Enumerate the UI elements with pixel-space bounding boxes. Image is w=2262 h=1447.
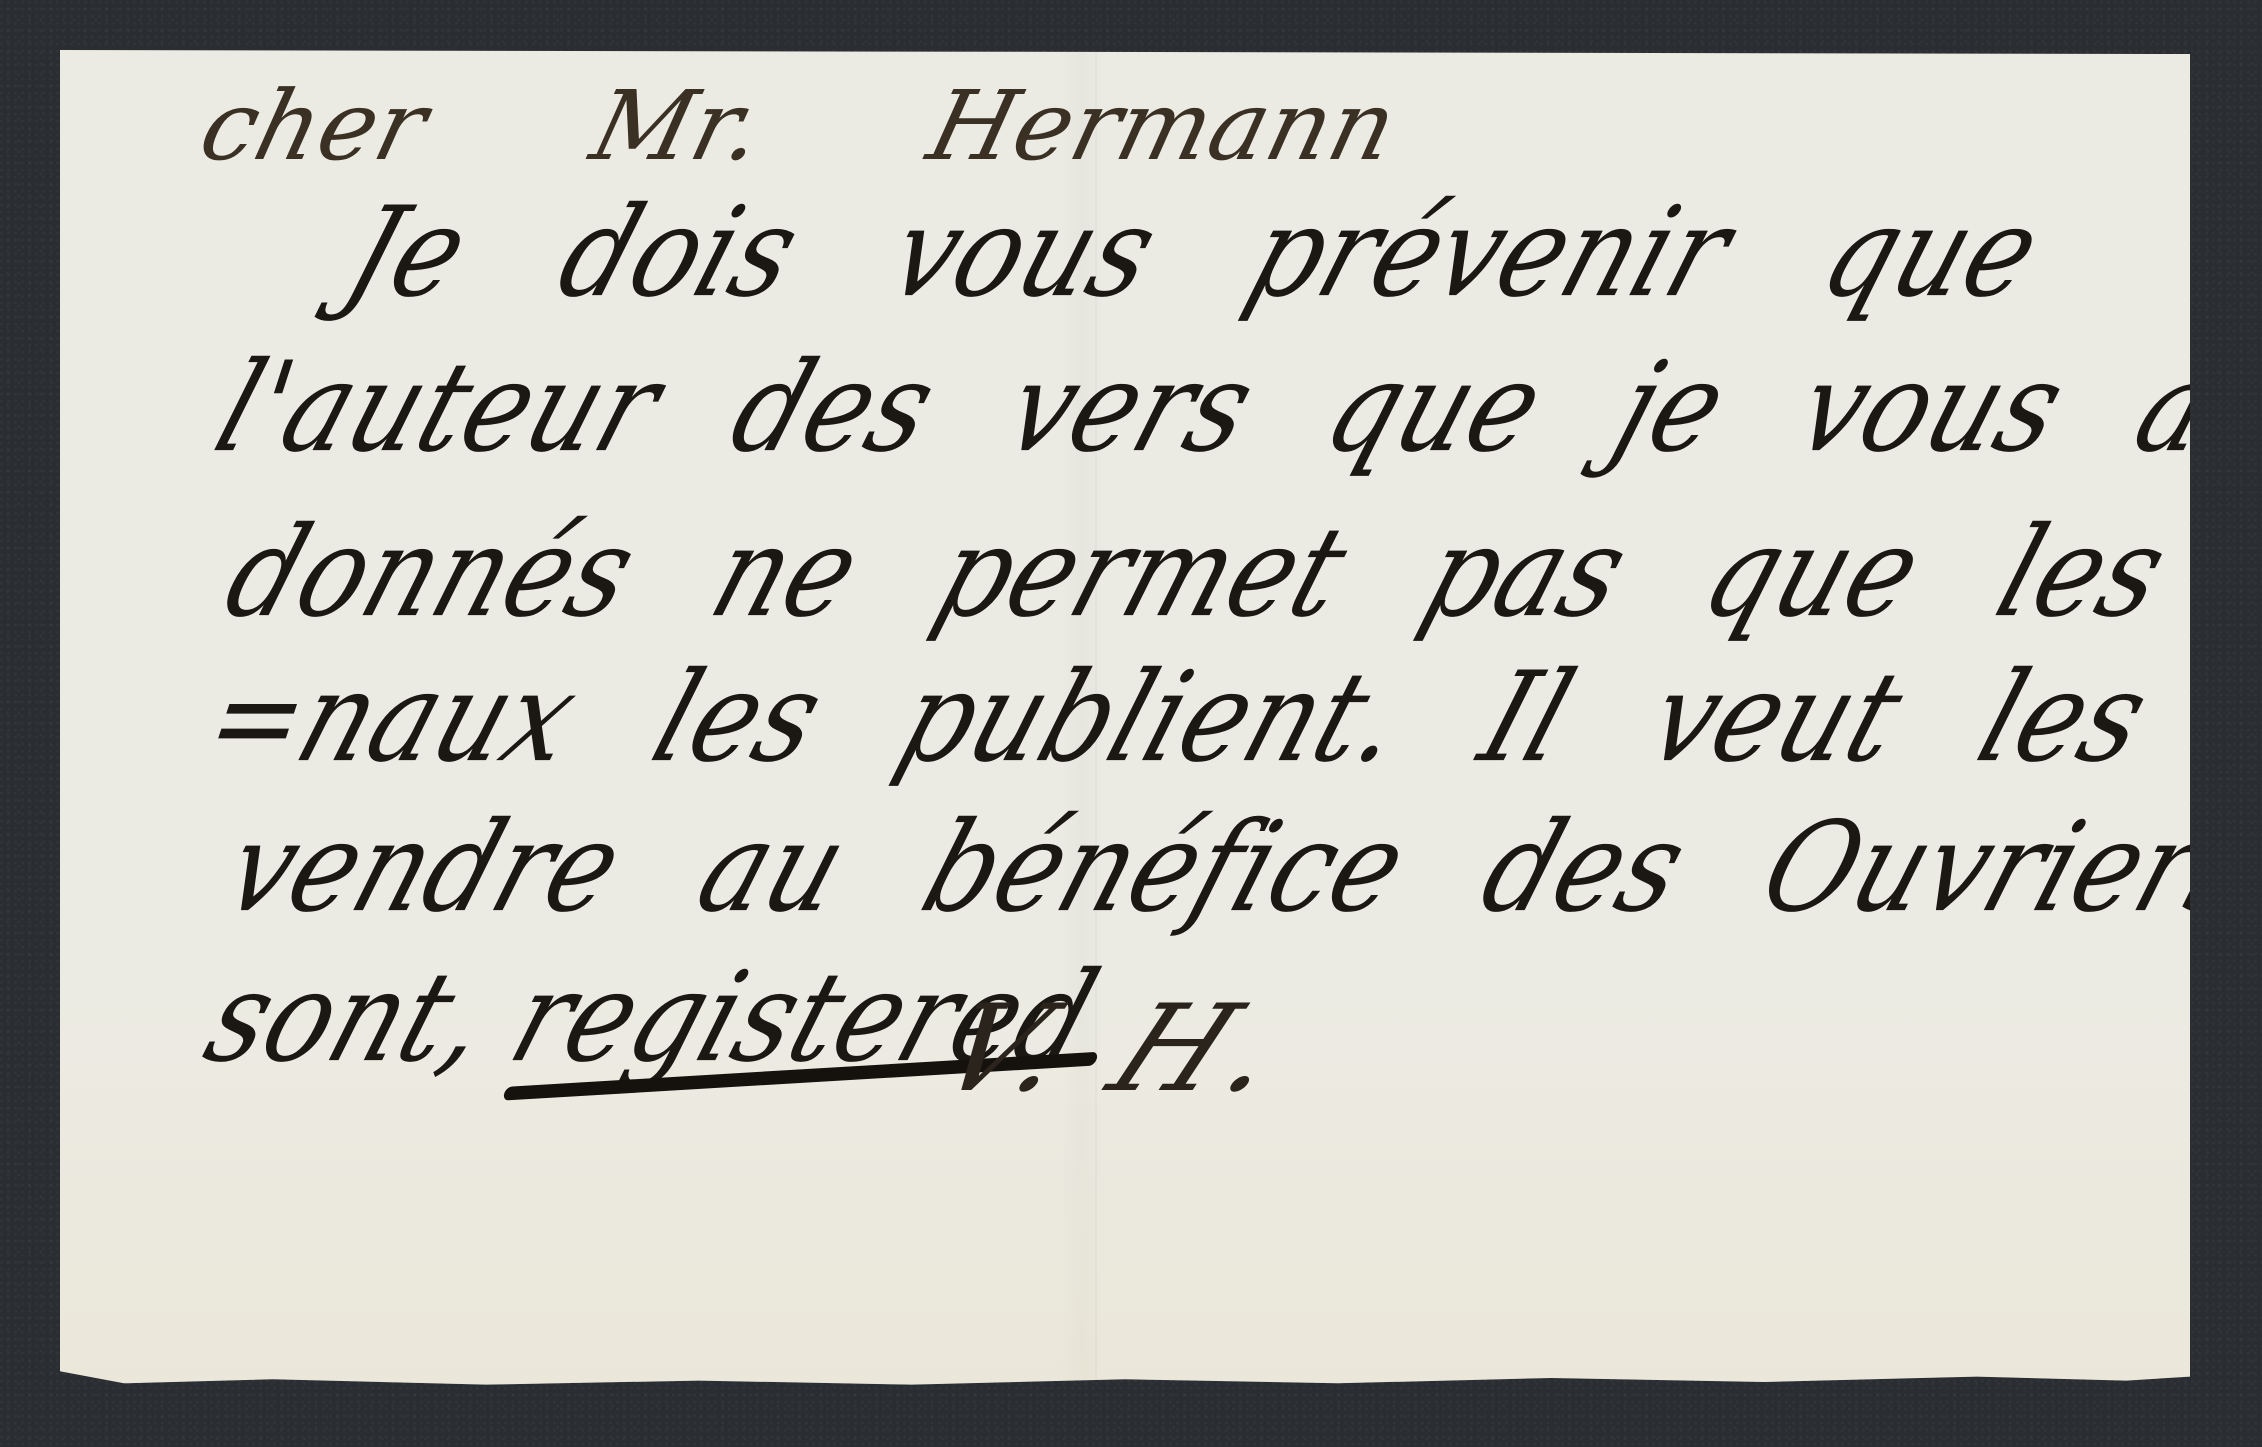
- letter-paper: cher Mr. Hermann Je dois vous prévenir q…: [60, 50, 2190, 1390]
- letter-line-4: =naux les publient. Il veut les: [190, 646, 2165, 790]
- signature-initials: V. H.: [918, 980, 1318, 1119]
- letter-line-2: l'auteur des vers que je vous ai: [200, 336, 2262, 480]
- salutation: cher Mr. Hermann: [190, 70, 1408, 182]
- letter-line-1: Je dois vous prévenir que: [330, 181, 2057, 325]
- closing-prefix: sont,: [190, 946, 507, 1090]
- letter-line-5: vendre au bénéfice des Ouvriers s'ils: [210, 796, 2262, 940]
- letter-line-3: donnés ne permet pas que les jour=: [210, 501, 2262, 645]
